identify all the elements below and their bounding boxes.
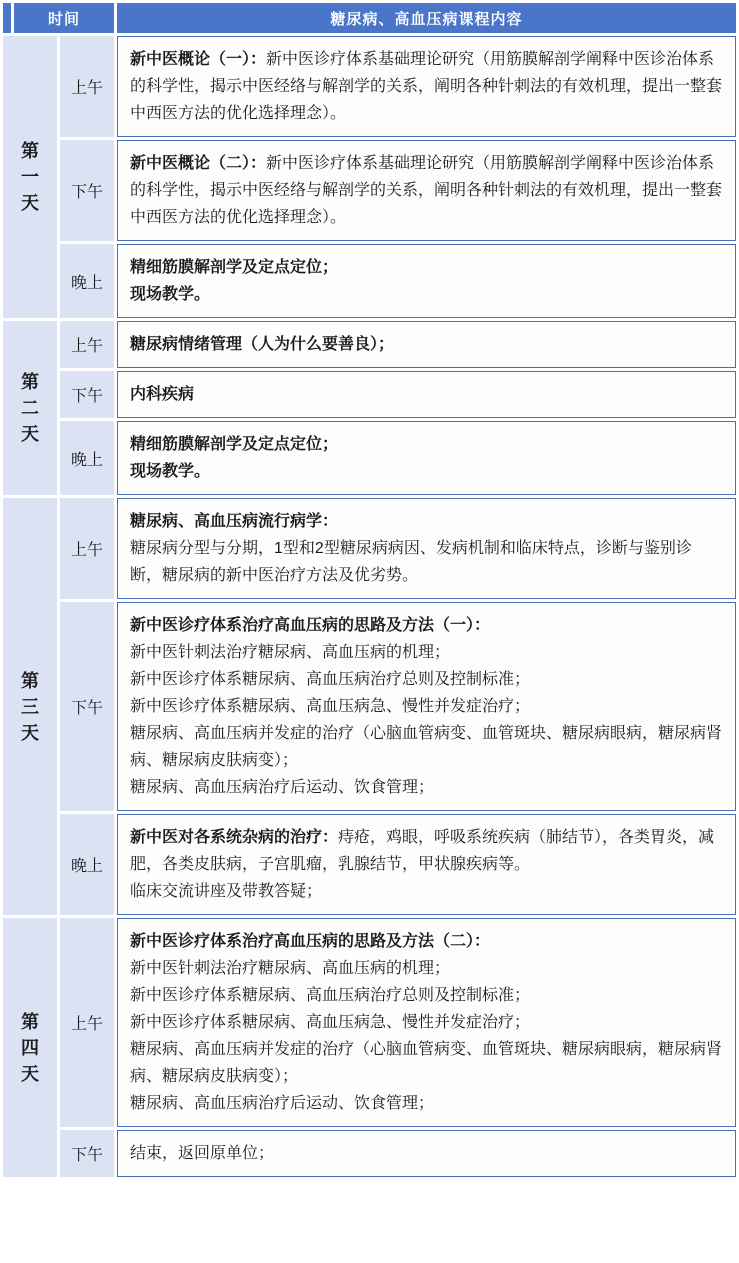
course-content-cell: 糖尿病、高血压病流行病学：糖尿病分型与分期，1型和2型糖尿病病因、发病机制和临床… [117, 498, 736, 599]
header-spacer-cell [3, 3, 11, 33]
course-content-cell: 结束，返回原单位； [117, 1130, 736, 1177]
schedule-row: 第三天上午糖尿病、高血压病流行病学：糖尿病分型与分期，1型和2型糖尿病病因、发病… [3, 498, 736, 599]
time-period-cell: 晚上 [60, 421, 114, 495]
course-body-line: 新中医针刺法治疗糖尿病、高血压病的机理； [130, 639, 723, 666]
schedule-row: 第二天上午糖尿病情绪管理（人为什么要善良）； [3, 321, 736, 368]
course-body-line: 新中医诊疗体系糖尿病、高血压病急、慢性并发症治疗； [130, 1009, 723, 1036]
time-period-cell: 上午 [60, 498, 114, 599]
course-body-line: 新中医针刺法治疗糖尿病、高血压病的机理； [130, 955, 723, 982]
time-period-cell: 晚上 [60, 244, 114, 318]
schedule-row: 下午新中医概论（二）：新中医诊疗体系基础理论研究（用筋膜解剖学阐释中医诊治体系的… [3, 140, 736, 241]
course-title-line: 糖尿病、高血压病流行病学： [130, 508, 723, 535]
course-title-line: 精细筋膜解剖学及定点定位； [130, 431, 723, 458]
day-label-cell: 第三天 [3, 498, 57, 915]
course-content-cell: 精细筋膜解剖学及定点定位；现场教学。 [117, 244, 736, 318]
course-content-cell: 新中医诊疗体系治疗高血压病的思路及方法（二）：新中医针刺法治疗糖尿病、高血压病的… [117, 918, 736, 1127]
course-paragraph: 新中医概论（二）：新中医诊疗体系基础理论研究（用筋膜解剖学阐释中医诊治体系的科学… [130, 150, 723, 231]
course-title-line: 现场教学。 [130, 458, 723, 485]
day-label-char: 天 [4, 1065, 56, 1083]
time-period-cell: 下午 [60, 1130, 114, 1177]
course-body-line: 糖尿病、高血压病治疗后运动、饮食管理； [130, 1090, 723, 1117]
course-title-line: 新中医诊疗体系治疗高血压病的思路及方法（一）： [130, 612, 723, 639]
header-content-cell: 糖尿病、高血压病课程内容 [117, 3, 736, 33]
course-title-text: 新中医概论（二）： [130, 155, 266, 172]
time-period-cell: 上午 [60, 36, 114, 137]
course-body-line: 糖尿病、高血压病并发症的治疗（心脑血管病变、血管斑块、糖尿病眼病，糖尿病肾病、糖… [130, 720, 723, 774]
time-period-cell: 下午 [60, 371, 114, 418]
day-label-char: 二 [4, 399, 56, 417]
schedule-row: 下午新中医诊疗体系治疗高血压病的思路及方法（一）：新中医针刺法治疗糖尿病、高血压… [3, 602, 736, 811]
course-title-line: 糖尿病情绪管理（人为什么要善良）； [130, 331, 723, 358]
course-content-cell: 新中医诊疗体系治疗高血压病的思路及方法（一）：新中医针刺法治疗糖尿病、高血压病的… [117, 602, 736, 811]
day-label-char: 第 [4, 672, 56, 690]
day-label-char: 天 [4, 724, 56, 742]
time-period-cell: 下午 [60, 602, 114, 811]
schedule-row: 晚上新中医对各系统杂病的治疗：痔疮，鸡眼，呼吸系统疾病（肺结节），各类胃炎，减肥… [3, 814, 736, 915]
schedule-row: 晚上精细筋膜解剖学及定点定位；现场教学。 [3, 421, 736, 495]
day-label-cell: 第四天 [3, 918, 57, 1177]
time-period-cell: 上午 [60, 918, 114, 1127]
day-label-char: 三 [4, 698, 56, 716]
time-period-cell: 下午 [60, 140, 114, 241]
course-paragraph: 新中医概论（一）：新中医诊疗体系基础理论研究（用筋膜解剖学阐释中医诊治体系的科学… [130, 46, 723, 127]
course-schedule-sheet: 时间 糖尿病、高血压病课程内容 第一天上午新中医概论（一）：新中医诊疗体系基础理… [0, 0, 739, 1263]
course-content-cell: 内科疾病 [117, 371, 736, 418]
course-title-line: 现场教学。 [130, 281, 723, 308]
course-paragraph: 新中医对各系统杂病的治疗：痔疮，鸡眼，呼吸系统疾病（肺结节），各类胃炎，减肥，各… [130, 824, 723, 878]
schedule-row: 第一天上午新中医概论（一）：新中医诊疗体系基础理论研究（用筋膜解剖学阐释中医诊治… [3, 36, 736, 137]
course-content-cell: 新中医对各系统杂病的治疗：痔疮，鸡眼，呼吸系统疾病（肺结节），各类胃炎，减肥，各… [117, 814, 736, 915]
day-label-char: 一 [4, 168, 56, 186]
day-label-char: 天 [4, 425, 56, 443]
course-title-line: 新中医诊疗体系治疗高血压病的思路及方法（二）： [130, 928, 723, 955]
day-label-char: 第 [4, 1013, 56, 1031]
day-label-char: 第 [4, 373, 56, 391]
course-content-cell: 新中医概论（一）：新中医诊疗体系基础理论研究（用筋膜解剖学阐释中医诊治体系的科学… [117, 36, 736, 137]
day-label-cell: 第二天 [3, 321, 57, 495]
course-title-line: 内科疾病 [130, 381, 723, 408]
course-body-line: 新中医诊疗体系糖尿病、高血压病治疗总则及控制标准； [130, 666, 723, 693]
course-body-line: 糖尿病、高血压病并发症的治疗（心脑血管病变、血管斑块、糖尿病眼病，糖尿病肾病、糖… [130, 1036, 723, 1090]
course-body-line: 临床交流讲座及带教答疑； [130, 878, 723, 905]
day-label-cell: 第一天 [3, 36, 57, 318]
header-row: 时间 糖尿病、高血压病课程内容 [3, 3, 736, 33]
course-title-text: 新中医对各系统杂病的治疗： [130, 829, 338, 846]
course-body-line: 新中医诊疗体系糖尿病、高血压病治疗总则及控制标准； [130, 982, 723, 1009]
course-body-line: 糖尿病分型与分期，1型和2型糖尿病病因、发病机制和临床特点，诊断与鉴别诊断，糖尿… [130, 535, 723, 589]
schedule-row: 晚上精细筋膜解剖学及定点定位；现场教学。 [3, 244, 736, 318]
day-label-char: 四 [4, 1039, 56, 1057]
schedule-body: 第一天上午新中医概论（一）：新中医诊疗体系基础理论研究（用筋膜解剖学阐释中医诊治… [3, 36, 736, 1177]
course-body-line: 新中医诊疗体系糖尿病、高血压病急、慢性并发症治疗； [130, 693, 723, 720]
course-schedule-table: 时间 糖尿病、高血压病课程内容 第一天上午新中医概论（一）：新中医诊疗体系基础理… [0, 0, 739, 1180]
day-label-char: 第 [4, 142, 56, 160]
course-body-line: 糖尿病、高血压病治疗后运动、饮食管理； [130, 774, 723, 801]
schedule-row: 第四天上午新中医诊疗体系治疗高血压病的思路及方法（二）：新中医针刺法治疗糖尿病、… [3, 918, 736, 1127]
course-body-line: 结束，返回原单位； [130, 1140, 723, 1167]
schedule-row: 下午结束，返回原单位； [3, 1130, 736, 1177]
header-time-cell: 时间 [14, 3, 114, 33]
day-label-char: 天 [4, 194, 56, 212]
schedule-row: 下午内科疾病 [3, 371, 736, 418]
course-title-text: 新中医概论（一）： [130, 51, 266, 68]
course-content-cell: 精细筋膜解剖学及定点定位；现场教学。 [117, 421, 736, 495]
time-period-cell: 晚上 [60, 814, 114, 915]
course-content-cell: 糖尿病情绪管理（人为什么要善良）； [117, 321, 736, 368]
course-title-line: 精细筋膜解剖学及定点定位； [130, 254, 723, 281]
time-period-cell: 上午 [60, 321, 114, 368]
course-content-cell: 新中医概论（二）：新中医诊疗体系基础理论研究（用筋膜解剖学阐释中医诊治体系的科学… [117, 140, 736, 241]
